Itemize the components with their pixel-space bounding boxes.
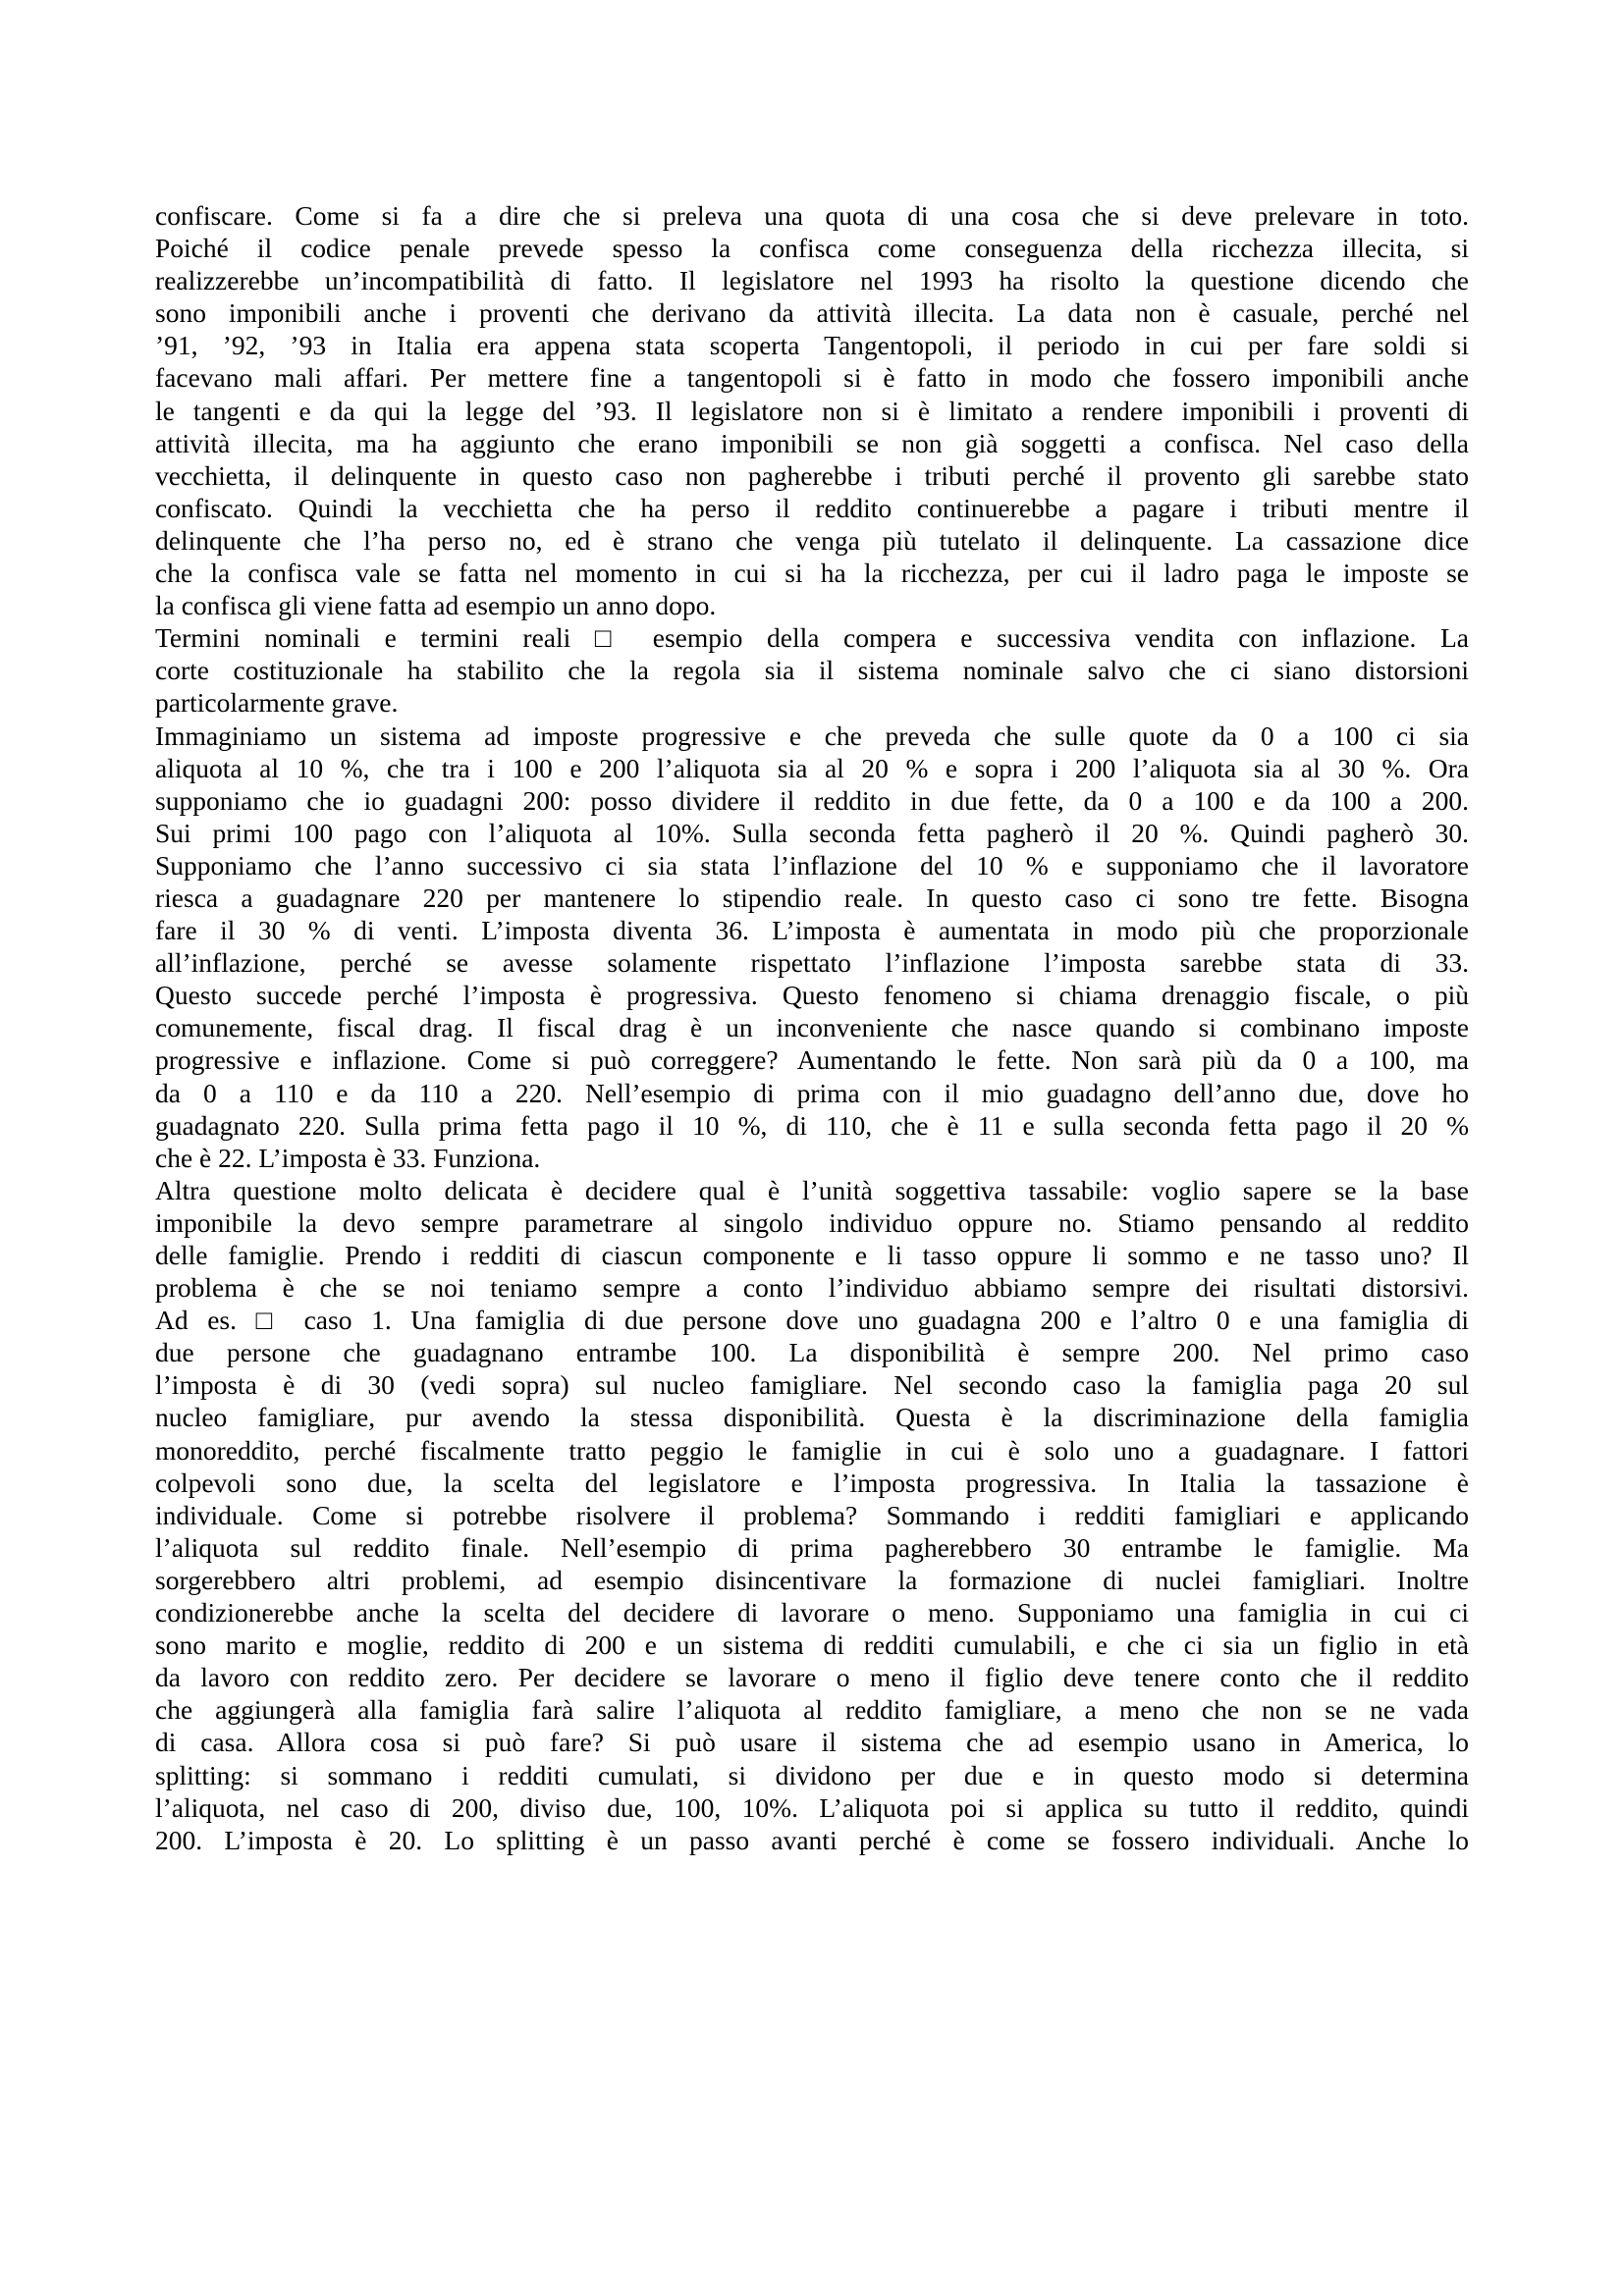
text-line: corte costituzionale ha stabilito che la… bbox=[155, 654, 1469, 686]
text-line: imponibile la devo sempre parametrare al… bbox=[155, 1206, 1469, 1239]
text-line: all’inflazione, perché se avesse solamen… bbox=[155, 946, 1469, 979]
text-line: Sui primi 100 pago con l’aliquota al 10%… bbox=[155, 817, 1469, 849]
text-line: da 0 a 110 e da 110 a 220. Nell’esempio … bbox=[155, 1077, 1469, 1109]
text-line: ’91, ’92, ’93 in Italia era appena stata… bbox=[155, 329, 1469, 361]
text-line: splitting: si sommano i redditi cumulati… bbox=[155, 1759, 1469, 1791]
text-line: da lavoro con reddito zero. Per decidere… bbox=[155, 1661, 1469, 1693]
text-line: colpevoli sono due, la scelta del legisl… bbox=[155, 1467, 1469, 1499]
text-line: delle famiglie. Prendo i redditi di cias… bbox=[155, 1239, 1469, 1271]
text-line: confiscato. Quindi la vecchietta che ha … bbox=[155, 492, 1469, 524]
text-line: vecchietta, il delinquente in questo cas… bbox=[155, 459, 1469, 492]
text-line: monoreddito, perché fiscalmente tratto p… bbox=[155, 1434, 1469, 1467]
text-line: guadagnato 220. Sulla prima fetta pago i… bbox=[155, 1109, 1469, 1142]
text-line: aliquota al 10 %, che tra i 100 e 200 l’… bbox=[155, 752, 1469, 784]
text-line: attività illecita, ma ha aggiunto che er… bbox=[155, 427, 1469, 459]
text-line: realizzerebbe un’incompatibilità di fatt… bbox=[155, 264, 1469, 296]
text-line: sorgerebbero altri problemi, ad esempio … bbox=[155, 1564, 1469, 1596]
document-page: confiscare. Come si fa a dire che si pre… bbox=[155, 199, 1469, 1856]
text-line: riesca a guadagnare 220 per mantenere lo… bbox=[155, 881, 1469, 914]
text-line: confiscare. Come si fa a dire che si pre… bbox=[155, 199, 1469, 232]
text-line: Altra questione molto delicata è decider… bbox=[155, 1174, 1469, 1206]
text-line: due persone che guadagnano entrambe 100.… bbox=[155, 1336, 1469, 1368]
paragraph: Termini nominali e termini reali □ esemp… bbox=[155, 621, 1469, 719]
text-line: fare il 30 % di venti. L’imposta diventa… bbox=[155, 914, 1469, 946]
text-line: facevano mali affari. Per mettere fine a… bbox=[155, 361, 1469, 394]
text-line: comunemente, fiscal drag. Il fiscal drag… bbox=[155, 1011, 1469, 1043]
text-line: Supponiamo che l’anno successivo ci sia … bbox=[155, 849, 1469, 881]
paragraph: Immaginiamo un sistema ad imposte progre… bbox=[155, 720, 1469, 1174]
text-line: l’aliquota sul reddito finale. Nell’esem… bbox=[155, 1531, 1469, 1564]
text-line: Termini nominali e termini reali □ esemp… bbox=[155, 621, 1469, 654]
text-line: condizionerebbe anche la scelta del deci… bbox=[155, 1596, 1469, 1629]
text-line: Poiché il codice penale prevede spesso l… bbox=[155, 232, 1469, 264]
text-line: individuale. Come si potrebbe risolvere … bbox=[155, 1499, 1469, 1531]
text-line: l’aliquota, nel caso di 200, diviso due,… bbox=[155, 1791, 1469, 1824]
text-line: progressive e inflazione. Come si può co… bbox=[155, 1043, 1469, 1076]
text-line: le tangenti e da qui la legge del ’93. I… bbox=[155, 395, 1469, 427]
text-line: che è 22. L’imposta è 33. Funziona. bbox=[155, 1142, 1469, 1174]
text-line: Ad es. □ caso 1. Una famiglia di due per… bbox=[155, 1304, 1469, 1336]
text-line: problema è che se noi teniamo sempre a c… bbox=[155, 1271, 1469, 1304]
text-line: particolarmente grave. bbox=[155, 686, 1469, 719]
text-line: Immaginiamo un sistema ad imposte progre… bbox=[155, 720, 1469, 752]
text-line: Questo succede perché l’imposta è progre… bbox=[155, 979, 1469, 1011]
text-line: sono marito e moglie, reddito di 200 e u… bbox=[155, 1629, 1469, 1661]
text-line: 200. L’imposta è 20. Lo splitting è un p… bbox=[155, 1824, 1469, 1856]
paragraph: Altra questione molto delicata è decider… bbox=[155, 1174, 1469, 1856]
text-line: che aggiungerà alla famiglia farà salire… bbox=[155, 1693, 1469, 1726]
text-line: di casa. Allora cosa si può fare? Si può… bbox=[155, 1726, 1469, 1758]
paragraph: confiscare. Come si fa a dire che si pre… bbox=[155, 199, 1469, 621]
text-line: nucleo famigliare, pur avendo la stessa … bbox=[155, 1401, 1469, 1433]
text-line: delinquente che l’ha perso no, ed è stra… bbox=[155, 524, 1469, 557]
text-line: sono imponibili anche i proventi che der… bbox=[155, 296, 1469, 329]
text-line: che la confisca vale se fatta nel moment… bbox=[155, 557, 1469, 589]
text-line: l’imposta è di 30 (vedi sopra) sul nucle… bbox=[155, 1368, 1469, 1401]
text-line: supponiamo che io guadagni 200: posso di… bbox=[155, 784, 1469, 817]
text-line: la confisca gli viene fatta ad esempio u… bbox=[155, 589, 1469, 621]
